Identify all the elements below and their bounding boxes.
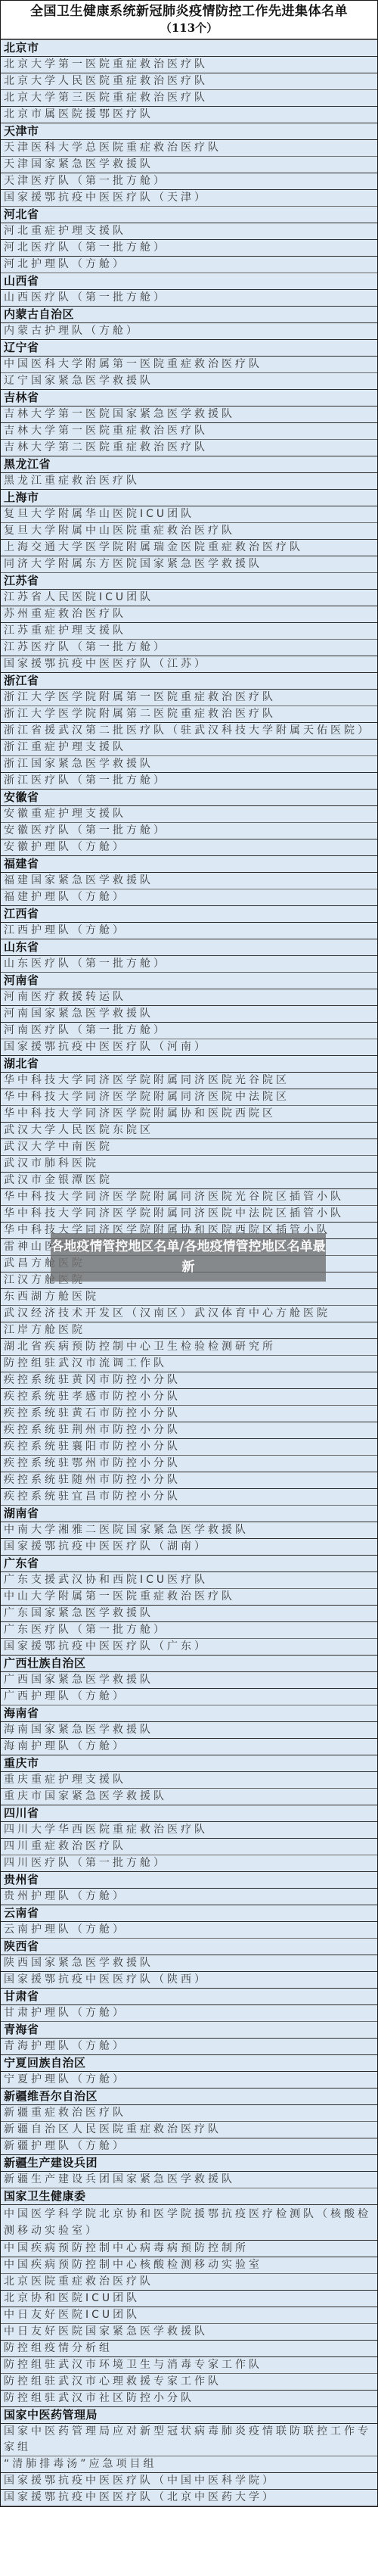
- region-header: 甘肃省: [1, 1989, 377, 2005]
- list-item: 江苏省人民医院ICU团队: [1, 590, 377, 606]
- list-item: 新疆护理队（方舱）: [1, 2138, 377, 2155]
- list-item: 中山大学附属第一医院重症救治医疗队: [1, 1589, 377, 1606]
- list-item: 中日友好医院国家紧急医学救援队: [1, 2324, 377, 2341]
- list-item: 北京医院重症救治医疗队: [1, 2274, 377, 2291]
- caption-overlay: 各地疫情管控地区名单/各地疫情管控地区名单最新: [51, 1233, 326, 1282]
- list-item: 辽宁国家紧急医学救援队: [1, 373, 377, 390]
- list-item: 江西护理队（方舱）: [1, 923, 377, 939]
- region-header: 山西省: [1, 273, 377, 290]
- list-item: 北京大学第三医院重症救治医疗队: [1, 90, 377, 107]
- list-item: 云南护理队（方舱）: [1, 1922, 377, 1939]
- list-item: 安徽重症护理支援队: [1, 806, 377, 823]
- list-item: 四川大学华西医院重症救治医疗队: [1, 1822, 377, 1839]
- region-header: 福建省: [1, 856, 377, 873]
- region-header: 青海省: [1, 2022, 377, 2039]
- region-header: 宁夏回族自治区: [1, 2055, 377, 2072]
- region-header: 浙江省: [1, 673, 377, 690]
- list-item: 吉林大学第一医院重症救治医疗队: [1, 423, 377, 440]
- list-item: “清肺排毒汤”应急项目组: [1, 2456, 377, 2473]
- region-header: 辽宁省: [1, 340, 377, 357]
- list-item: 上海交通大学医学院附属瑞金医院重症救治医疗队: [1, 540, 377, 556]
- region-header: 云南省: [1, 1905, 377, 1922]
- list-item: 疾控系统驻随州市防控小分队: [1, 1472, 377, 1489]
- region-header: 四川省: [1, 1805, 377, 1822]
- list-item: 山西医疗队（第一批方舱）: [1, 290, 377, 307]
- list-item: 浙江大学医学院附属第一医院重症救治医疗队: [1, 690, 377, 706]
- list-item: 浙江大学医学院附属第二医院重症救治医疗队: [1, 706, 377, 723]
- list-item: 疾控系统驻荆州市防控小分队: [1, 1422, 377, 1439]
- list-item: 内蒙古护理队（方舱）: [1, 323, 377, 340]
- list-item: 疾控系统驻黄石市防控小分队: [1, 1406, 377, 1422]
- region-header: 江苏省: [1, 573, 377, 590]
- list-item: 河南医疗救援转运队: [1, 989, 377, 1006]
- list-item: 疾控系统驻黄冈市防控小分队: [1, 1372, 377, 1389]
- list-item: 北京大学人民医院重症救治医疗队: [1, 73, 377, 90]
- list-item: 国家援鄂抗疫中医医疗队（陕西）: [1, 1972, 377, 1989]
- list-item: 防控组疫情分析组: [1, 2341, 377, 2357]
- region-header: 新疆维吾尔自治区: [1, 2089, 377, 2105]
- list-item: 河北重症护理支援队: [1, 223, 377, 240]
- list-item: 浙江国家紧急医学救援队: [1, 756, 377, 773]
- region-header: 陕西省: [1, 1939, 377, 1955]
- region-header: 贵州省: [1, 1872, 377, 1889]
- list-item: 浙江重症护理支援队: [1, 740, 377, 756]
- region-header: 安徽省: [1, 790, 377, 806]
- list-item: 武汉经济技术开发区（汉南区）武汉体育中心方舱医院: [1, 1306, 377, 1322]
- list-item: 浙江省援武汉第二批医疗队（驻武汉科技大学附属天佑医院）: [1, 723, 377, 740]
- list-item: 华中科技大学同济医学院附属协和医院西院区: [1, 1106, 377, 1123]
- list-item: 国家中医药管理局应对新型冠状病毒肺炎疫情联防联控工作专家组: [1, 2424, 377, 2456]
- list-item: 广西护理队（方舱）: [1, 1689, 377, 1705]
- list-item: 吉林大学第二医院重症救治医疗队: [1, 440, 377, 456]
- list-item: 中南大学湘雅二医院国家紧急医学救援队: [1, 1522, 377, 1539]
- list-item: 防控组驻武汉市社区防控小分队: [1, 2391, 377, 2407]
- list-item: 广东医疗队（第一批方舱）: [1, 1622, 377, 1639]
- table-header: 全国卫生健康系统新冠肺炎疫情防控工作先进集体名单 （113个）: [1, 0, 377, 40]
- list-item: 疾控系统驻宜昌市防控小分队: [1, 1489, 377, 1506]
- list-item: 防控组驻武汉市流调工作队: [1, 1356, 377, 1372]
- group-count: （113个）: [1, 20, 377, 36]
- list-item: 安徽护理队（方舱）: [1, 839, 377, 856]
- list-item: 湖北省疾病预防控制中心卫生检验检测研究所: [1, 1339, 377, 1356]
- list-item: 国家援鄂抗疫中医医疗队（中国中医科学院）: [1, 2473, 377, 2490]
- list-item: 天津医疗队（第一批方舱）: [1, 173, 377, 190]
- list-item: 新疆生产建设兵团国家紧急医学救援队: [1, 2172, 377, 2188]
- list-item: 东西湖方舱医院: [1, 1289, 377, 1306]
- list-item: 华中科技大学同济医学院附属同济医院光谷院区: [1, 1073, 377, 1089]
- list-item: 宁夏护理队（方舱）: [1, 2072, 377, 2089]
- region-header: 湖南省: [1, 1506, 377, 1522]
- caption-text: 各地疫情管控地区名单/各地疫情管控地区名单最新: [51, 1239, 325, 1275]
- list-item: 海南国家紧急医学救援队: [1, 1722, 377, 1739]
- list-item: 国家援鄂抗疫中医医疗队（河南）: [1, 1039, 377, 1056]
- list-item: 国家援鄂抗疫中医医疗队（湖南）: [1, 1539, 377, 1556]
- list-item: 浙江医疗队（第一批方舱）: [1, 773, 377, 790]
- region-header: 山东省: [1, 939, 377, 956]
- list-item: 北京协和医院ICU团队: [1, 2291, 377, 2307]
- list-item: 武汉大学人民医院东院区: [1, 1123, 377, 1139]
- list-item: 福建国家紧急医学救援队: [1, 873, 377, 889]
- list-item: 新疆自治区人民医院重症救治医疗队: [1, 2122, 377, 2138]
- list-item: 中国医科大学附属第一医院重症救治医疗队: [1, 357, 377, 373]
- list-item: 重庆市国家紧急医学救援队: [1, 1789, 377, 1805]
- list-item: 河北医疗队（第一批方舱）: [1, 240, 377, 257]
- list-item: 吉林大学第一医院国家紧急医学救援队: [1, 406, 377, 423]
- list-item: 华中科技大学同济医学院附属同济医院中法院区插管小队: [1, 1206, 377, 1223]
- region-header: 北京市: [1, 40, 377, 57]
- list-item: 防控组驻武汉市环境卫生与消毒专家工作队: [1, 2357, 377, 2374]
- list-item: 苏州重症救治医疗队: [1, 606, 377, 623]
- region-header: 吉林省: [1, 390, 377, 406]
- list-item: 武汉大学中南医院: [1, 1139, 377, 1156]
- list-item: 山东医疗队（第一批方舱）: [1, 956, 377, 973]
- list-item: 华中科技大学同济医学院附属同济医院光谷院区插管小队: [1, 1189, 377, 1206]
- region-header: 海南省: [1, 1705, 377, 1722]
- list-item: 河南国家紧急医学救援队: [1, 1006, 377, 1023]
- list-item: 广东支援武汉协和西院ICU医疗队: [1, 1572, 377, 1589]
- list-item: 青海护理队（方舱）: [1, 2039, 377, 2055]
- list-item: 中国疾病预防控制中心核酸检测移动实验室: [1, 2257, 377, 2274]
- list-item: 甘肃护理队（方舱）: [1, 2005, 377, 2022]
- region-header: 重庆市: [1, 1755, 377, 1772]
- region-header: 天津市: [1, 123, 377, 140]
- list-item: 四川重症救治医疗队: [1, 1839, 377, 1855]
- list-item: 天津医科大学总医院重症救治医疗队: [1, 140, 377, 157]
- list-item: 新疆重症救治医疗队: [1, 2105, 377, 2122]
- page-title: 全国卫生健康系统新冠肺炎疫情防控工作先进集体名单: [1, 2, 377, 20]
- list-item: 江苏重症护理支援队: [1, 623, 377, 640]
- list-item: 安徽医疗队（第一批方舱）: [1, 823, 377, 839]
- list-item: 江岸方舱医院: [1, 1322, 377, 1339]
- list-item: 武汉市肺科医院: [1, 1156, 377, 1173]
- list-item: 海南护理队（方舱）: [1, 1739, 377, 1755]
- list-item: 重庆重症护理支援队: [1, 1772, 377, 1789]
- list-item: 北京大学第一医院重症救治医疗队: [1, 57, 377, 73]
- list-item: 天津国家紧急医学救援队: [1, 157, 377, 173]
- region-header: 河北省: [1, 207, 377, 223]
- list-item: 华中科技大学同济医学院附属同济医院中法院区: [1, 1089, 377, 1106]
- list-item: 广西国家紧急医学救援队: [1, 1672, 377, 1689]
- list-item: 武汉市金银潭医院: [1, 1173, 377, 1189]
- region-header: 新疆生产建设兵团: [1, 2155, 377, 2172]
- region-header: 黑龙江省: [1, 456, 377, 473]
- list-item: 中国疾病预防控制中心病毒病预防控制所: [1, 2241, 377, 2257]
- list-item: 国家援鄂抗疫中医医疗队（天津）: [1, 190, 377, 207]
- list-item: 防控组驻武汉市心理救援专家工作队: [1, 2374, 377, 2391]
- list-item: 同济大学附属东方医院国家紧急医学救援队: [1, 556, 377, 573]
- list-item: 黑龙江重症救治医疗队: [1, 473, 377, 490]
- region-header: 上海市: [1, 490, 377, 506]
- list-item: 江苏医疗队（第一批方舱）: [1, 640, 377, 656]
- list-item: 疾控系统驻襄阳市防控小分队: [1, 1439, 377, 1456]
- list-item: 广东国家紧急医学救援队: [1, 1606, 377, 1622]
- list-item: 福建护理队（方舱）: [1, 889, 377, 906]
- list-item: 国家援鄂抗疫中医医疗队（江苏）: [1, 656, 377, 673]
- region-header: 湖北省: [1, 1056, 377, 1073]
- region-header: 广东省: [1, 1556, 377, 1572]
- list-item: 中日友好医院ICU团队: [1, 2307, 377, 2324]
- list-item: 国家援鄂抗疫中医医疗队（北京中医药大学）: [1, 2490, 377, 2506]
- list-item: 疾控系统驻鄂州市防控小分队: [1, 1456, 377, 1472]
- region-header: 国家中医药管理局: [1, 2407, 377, 2424]
- list-item: 河北护理队（方舱）: [1, 257, 377, 273]
- list-item: 陕西国家紧急医学救援队: [1, 1955, 377, 1972]
- region-header: 广西壮族自治区: [1, 1656, 377, 1672]
- list-item: 疾控系统驻孝感市防控小分队: [1, 1389, 377, 1406]
- list-item: 河南医疗队（第一批方舱）: [1, 1023, 377, 1039]
- list-item: 四川医疗队（第一批方舱）: [1, 1855, 377, 1872]
- list-item: 复旦大学附属中山医院重症救治医疗队: [1, 523, 377, 540]
- list-item: 贵州护理队（方舱）: [1, 1889, 377, 1905]
- list-item: 复旦大学附属华山医院ICU团队: [1, 506, 377, 523]
- region-header: 江西省: [1, 906, 377, 923]
- region-header: 河南省: [1, 973, 377, 989]
- region-header: 内蒙古自治区: [1, 307, 377, 323]
- region-header: 国家卫生健康委: [1, 2188, 377, 2205]
- list-item: 北京市属医院援鄂医疗队: [1, 107, 377, 123]
- list-item: 国家援鄂抗疫中医医疗队（广东）: [1, 1639, 377, 1656]
- list-item: 中国医学科学院北京协和医学院援鄂抗疫医疗检测队（核酸检测移动实验室）: [1, 2205, 377, 2241]
